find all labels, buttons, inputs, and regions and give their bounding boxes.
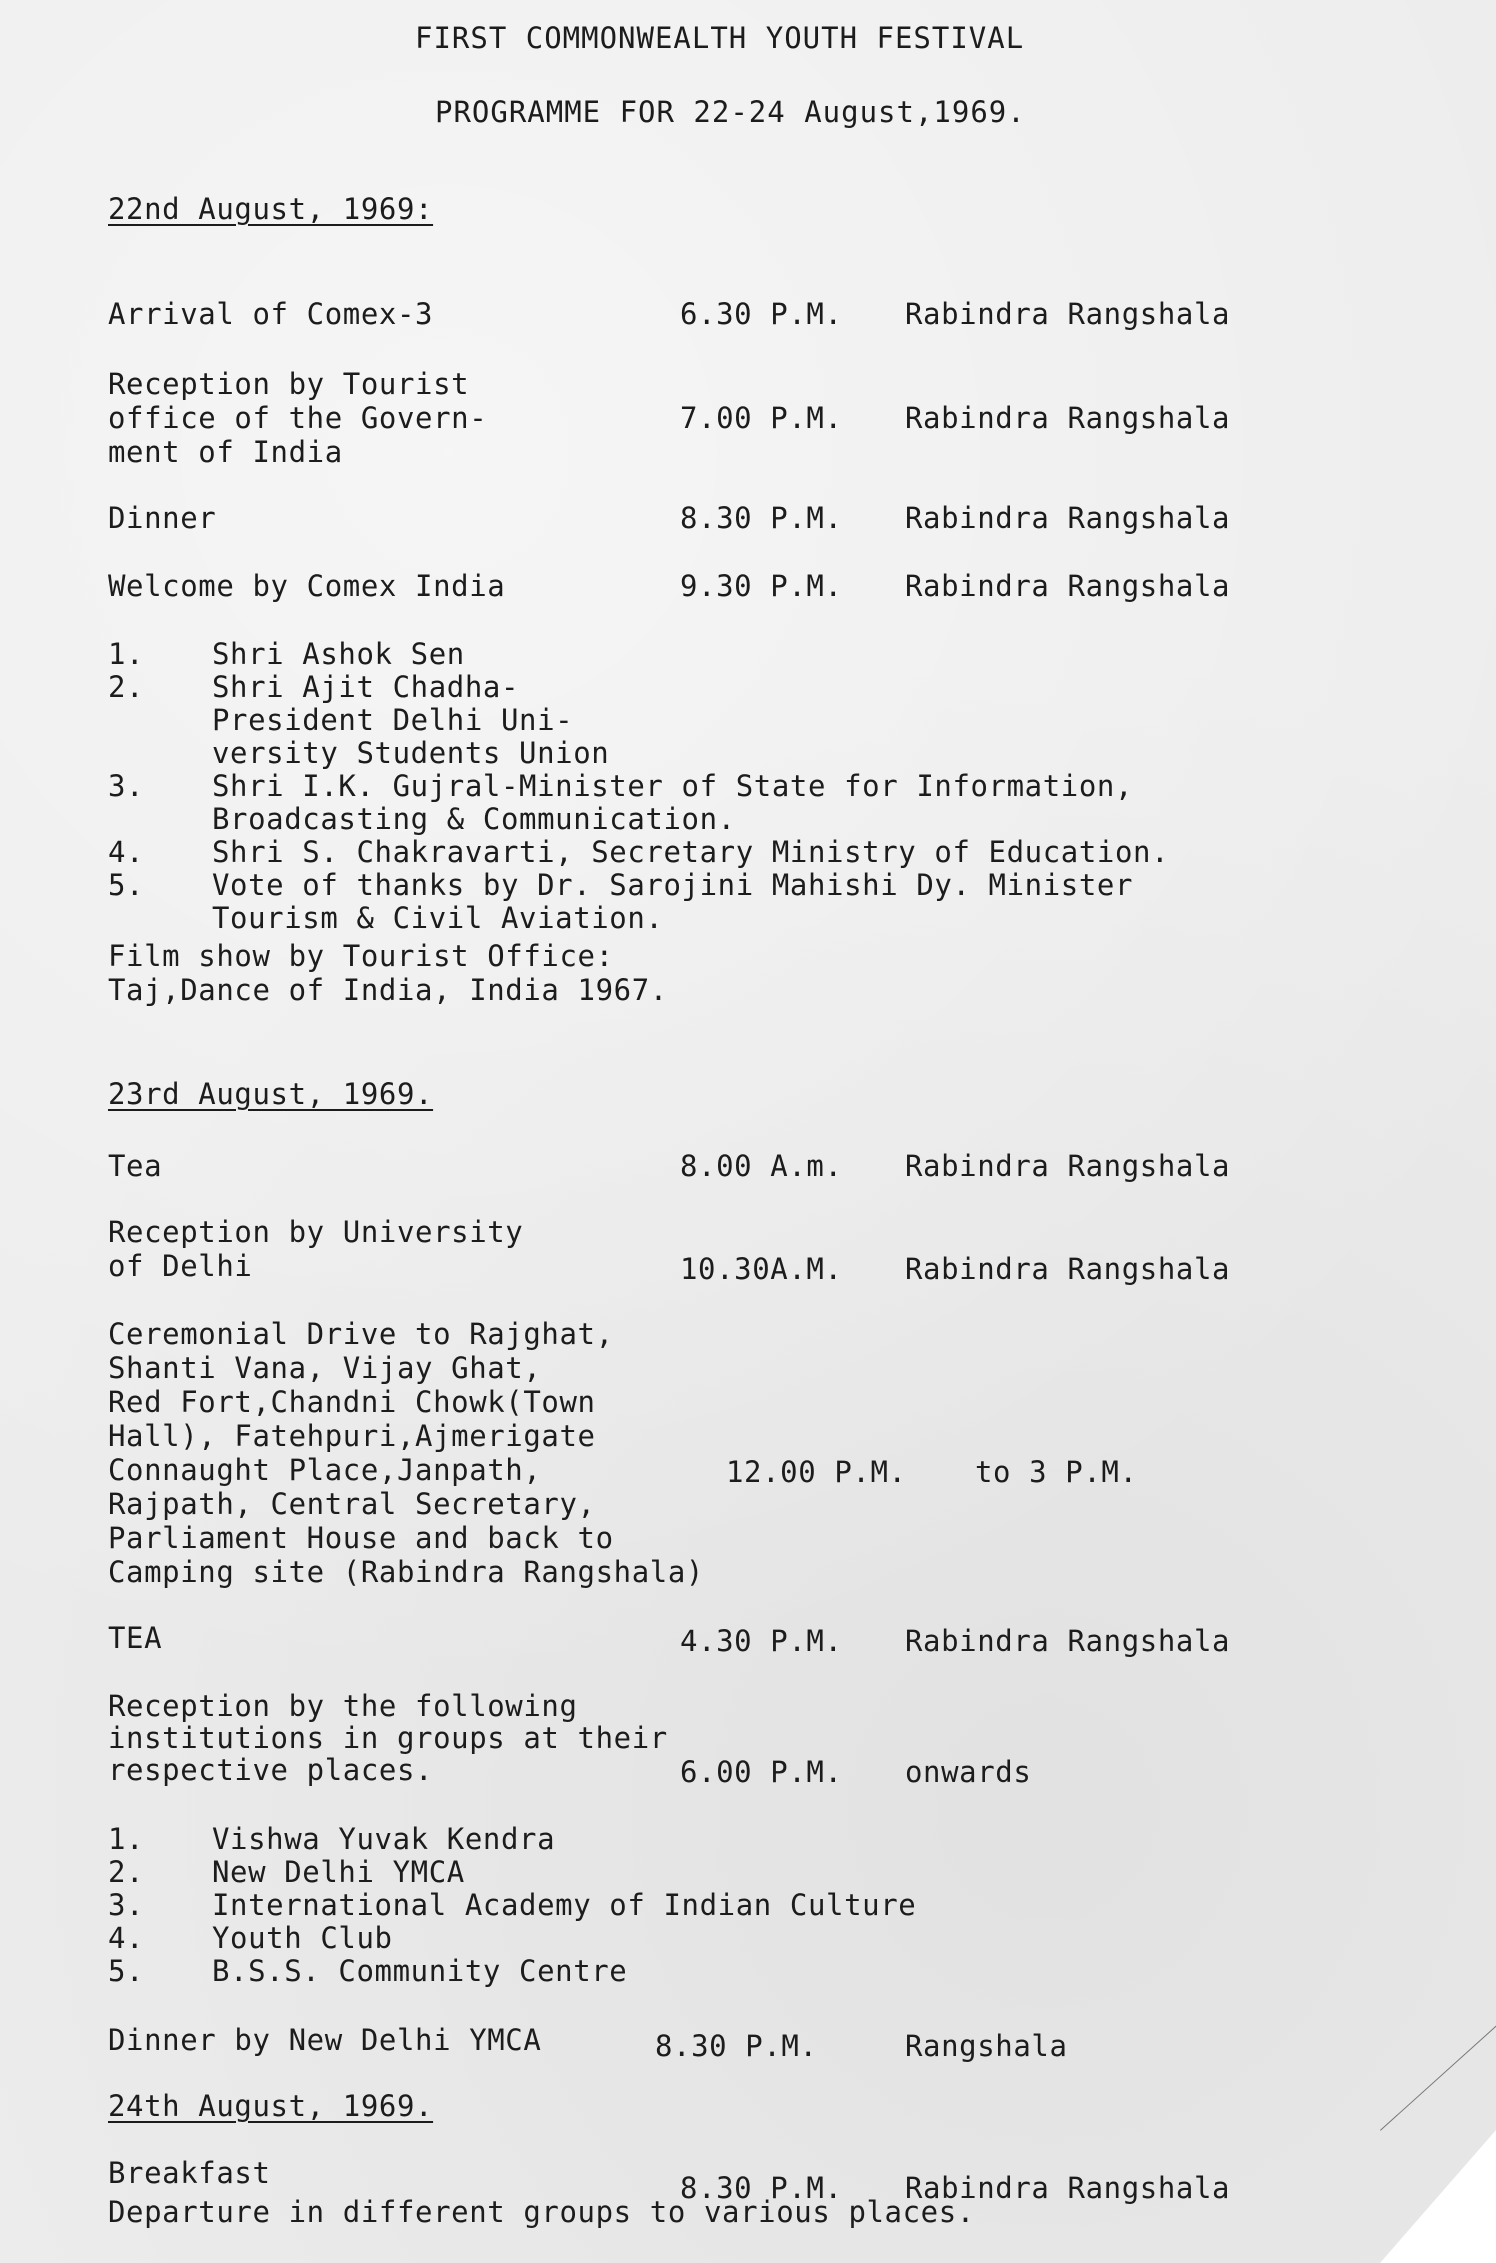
- event-activity: of Delhi: [108, 1250, 252, 1283]
- list-item: Shri I.K. Gujral-Minister of State for I…: [212, 770, 1133, 803]
- list-item: President Delhi Uni-: [212, 704, 573, 737]
- event-activity: Rajpath, Central Secretary,: [108, 1488, 596, 1521]
- departure-note: Departure in different groups to various…: [108, 2196, 975, 2229]
- event-time: 8.30 P.M.: [680, 502, 843, 535]
- day-heading-22: 22nd August, 1969:: [108, 193, 433, 226]
- list-item: Tourism & Civil Aviation.: [212, 902, 664, 935]
- event-time: 8.00 A.m.: [680, 1150, 843, 1183]
- event-activity: Camping site (Rabindra Rangshala): [108, 1556, 704, 1589]
- event-time: 7.00 P.M.: [680, 402, 843, 435]
- event-activity: institutions in groups at their: [108, 1722, 668, 1755]
- event-activity: Dinner by New Delhi YMCA: [108, 2024, 541, 2057]
- list-item: Youth Club: [212, 1922, 393, 1955]
- event-time: 6.30 P.M.: [680, 298, 843, 331]
- list-number: 4.: [108, 836, 144, 869]
- event-activity: Hall), Fatehpuri,Ajmerigate: [108, 1420, 596, 1453]
- list-item: B.S.S. Community Centre: [212, 1955, 627, 1988]
- list-number: 5.: [108, 869, 144, 902]
- event-activity: Red Fort,Chandni Chowk(Town: [108, 1386, 596, 1419]
- list-item: Shri S. Chakravarti, Secretary Ministry …: [212, 836, 1169, 869]
- list-item: versity Students Union: [212, 737, 609, 770]
- event-venue: Rangshala: [905, 2030, 1068, 2063]
- list-item: Broadcasting & Communication.: [212, 803, 736, 836]
- event-venue: Rabindra Rangshala: [905, 298, 1230, 331]
- list-number: 4.: [108, 1922, 144, 1955]
- event-activity: Parliament House and back to: [108, 1522, 614, 1555]
- list-item: Shri Ashok Sen: [212, 638, 465, 671]
- list-item: Shri Ajit Chadha-: [212, 671, 519, 704]
- event-venue: Rabindra Rangshala: [905, 570, 1230, 603]
- document-subtitle: PROGRAMME FOR 22-24 August,1969.: [435, 96, 1026, 129]
- list-number: 2.: [108, 1856, 144, 1889]
- day-heading-23: 23rd August, 1969.: [108, 1078, 433, 1111]
- event-activity: Shanti Vana, Vijay Ghat,: [108, 1352, 541, 1385]
- event-time: 12.00 P.M.: [726, 1456, 907, 1489]
- event-time: 8.30 P.M.: [655, 2030, 818, 2063]
- list-item: New Delhi YMCA: [212, 1856, 465, 1889]
- list-item: Vishwa Yuvak Kendra: [212, 1823, 555, 1856]
- event-activity: Reception by Tourist: [108, 368, 469, 401]
- list-number: 2.: [108, 671, 144, 704]
- event-time: 6.00 P.M.: [680, 1756, 843, 1789]
- event-activity: Connaught Place,Janpath,: [108, 1454, 541, 1487]
- list-number: 1.: [108, 1823, 144, 1856]
- list-number: 5.: [108, 1955, 144, 1988]
- document-title: FIRST COMMONWEALTH YOUTH FESTIVAL: [415, 22, 1024, 55]
- event-venue: to 3 P.M.: [975, 1456, 1138, 1489]
- event-activity: ment of India: [108, 436, 343, 469]
- event-venue: Rabindra Rangshala: [905, 1625, 1230, 1658]
- film-show: Film show by Tourist Office:: [108, 940, 614, 973]
- event-time: 10.30A.M.: [680, 1253, 843, 1286]
- event-activity: Dinner: [108, 502, 216, 535]
- event-activity: Reception by University: [108, 1216, 523, 1249]
- event-venue: Rabindra Rangshala: [905, 402, 1230, 435]
- event-activity: respective places.: [108, 1754, 433, 1787]
- event-time: 9.30 P.M.: [680, 570, 843, 603]
- event-activity: Arrival of Comex-3: [108, 298, 433, 331]
- event-venue: Rabindra Rangshala: [905, 502, 1230, 535]
- day-heading-24: 24th August, 1969.: [108, 2090, 433, 2123]
- list-item: Vote of thanks by Dr. Sarojini Mahishi D…: [212, 869, 1133, 902]
- event-activity: Ceremonial Drive to Rajghat,: [108, 1318, 614, 1351]
- event-activity: Breakfast: [108, 2157, 271, 2190]
- event-activity: Reception by the following: [108, 1690, 578, 1723]
- event-activity: TEA: [108, 1622, 162, 1655]
- event-time: 4.30 P.M.: [680, 1625, 843, 1658]
- event-venue: onwards: [905, 1756, 1031, 1789]
- film-show-titles: Taj,Dance of India, India 1967.: [108, 974, 668, 1007]
- event-venue: Rabindra Rangshala: [905, 1253, 1230, 1286]
- event-venue: Rabindra Rangshala: [905, 1150, 1230, 1183]
- list-number: 3.: [108, 1889, 144, 1922]
- list-number: 1.: [108, 638, 144, 671]
- event-activity: Welcome by Comex India: [108, 570, 505, 603]
- paper-page: FIRST COMMONWEALTH YOUTH FESTIVAL PROGRA…: [0, 0, 1496, 2263]
- list-number: 3.: [108, 770, 144, 803]
- list-item: International Academy of Indian Culture: [212, 1889, 916, 1922]
- event-activity: office of the Govern-: [108, 402, 487, 435]
- event-activity: Tea: [108, 1150, 162, 1183]
